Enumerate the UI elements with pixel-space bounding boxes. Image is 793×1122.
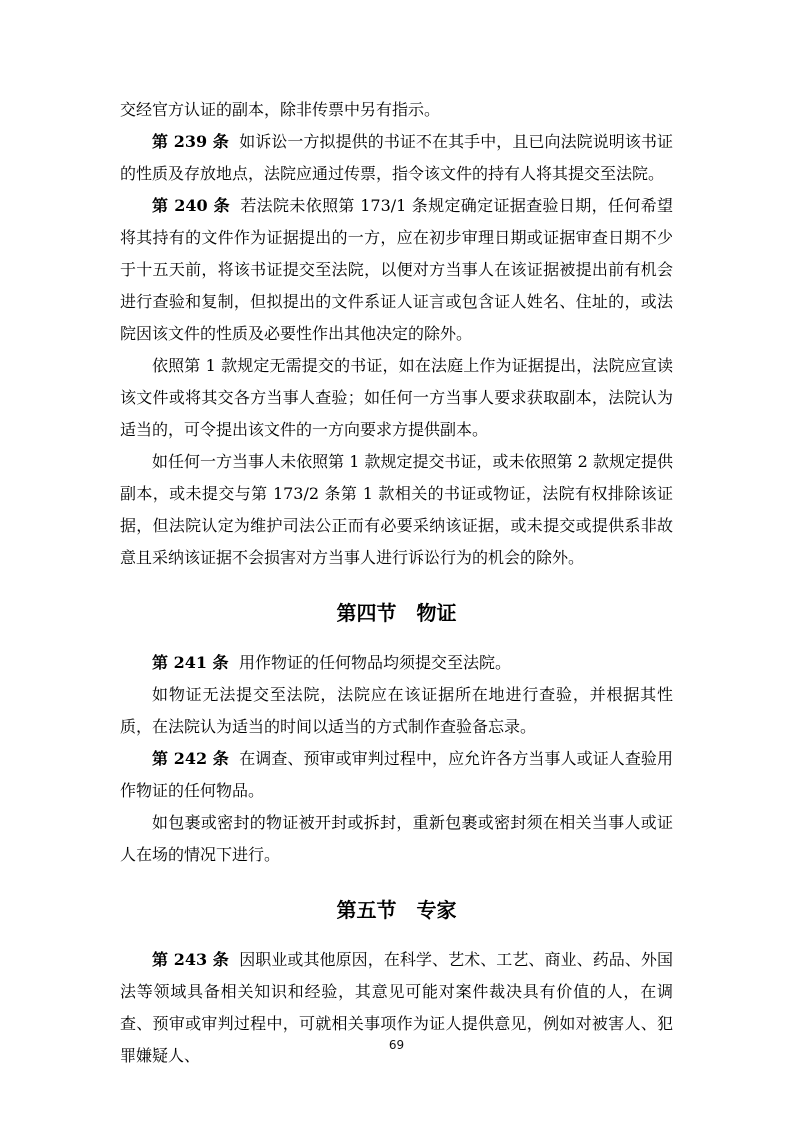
article-number-label: 第 243 条 (152, 950, 229, 969)
paragraph-text: 若法院未依照第 173/1 条规定确定证据查验日期，任何希望将其持有的文件作为证… (120, 196, 673, 343)
paragraph: 如物证无法提交至法院，法院应在该证据所在地进行查验，并根据其性质，在法院认为适当… (120, 679, 673, 743)
document-page: 交经官方认证的副本，除非传票中另有指示。第 239 条如诉讼一方拟提供的书证不在… (0, 0, 793, 1122)
paragraph-text: 如包裹或密封的物证被开封或拆封，重新包裹或密封须在相关当事人或证人在场的情况下进… (120, 813, 673, 864)
paragraph: 交经官方认证的副本，除非传票中另有指示。 (120, 94, 673, 126)
paragraph-text: 如物证无法提交至法院，法院应在该证据所在地进行查验，并根据其性质，在法院认为适当… (120, 685, 673, 736)
article-number-label: 第 239 条 (152, 132, 229, 151)
article-number-label: 第 240 条 (152, 196, 230, 215)
article-number-label: 第 242 条 (152, 749, 229, 768)
section-heading: 第五节 专家 (120, 894, 673, 926)
document-body: 交经官方认证的副本，除非传票中另有指示。第 239 条如诉讼一方拟提供的书证不在… (120, 94, 673, 1072)
section-heading: 第四节 物证 (120, 597, 673, 629)
paragraph: 如包裹或密封的物证被开封或拆封，重新包裹或密封须在相关当事人或证人在场的情况下进… (120, 807, 673, 871)
paragraph-text: 依照第 1 款规定无需提交的书证，如在法庭上作为证据提出，法院应宣读该文件或将其… (120, 356, 673, 439)
article-paragraph: 第 240 条若法院未依照第 173/1 条规定确定证据查验日期，任何希望将其持… (120, 190, 673, 350)
paragraph-text: 交经官方认证的副本，除非传票中另有指示。 (120, 100, 440, 119)
page-number: 69 (0, 1036, 793, 1054)
paragraph-text: 用作物证的任何物品均须提交至法院。 (239, 653, 511, 672)
article-paragraph: 第 241 条用作物证的任何物品均须提交至法院。 (120, 647, 673, 679)
article-paragraph: 第 242 条在调查、预审或审判过程中，应允许各方当事人或证人查验用作物证的任何… (120, 743, 673, 807)
article-paragraph: 第 239 条如诉讼一方拟提供的书证不在其手中，且已向法院说明该书证的性质及存放… (120, 126, 673, 190)
paragraph-text: 如任何一方当事人未依照第 1 款规定提交书证，或未依照第 2 款规定提供副本，或… (120, 452, 673, 567)
paragraph: 依照第 1 款规定无需提交的书证，如在法庭上作为证据提出，法院应宣读该文件或将其… (120, 350, 673, 446)
paragraph: 如任何一方当事人未依照第 1 款规定提交书证，或未依照第 2 款规定提供副本，或… (120, 446, 673, 574)
article-number-label: 第 241 条 (152, 653, 229, 672)
